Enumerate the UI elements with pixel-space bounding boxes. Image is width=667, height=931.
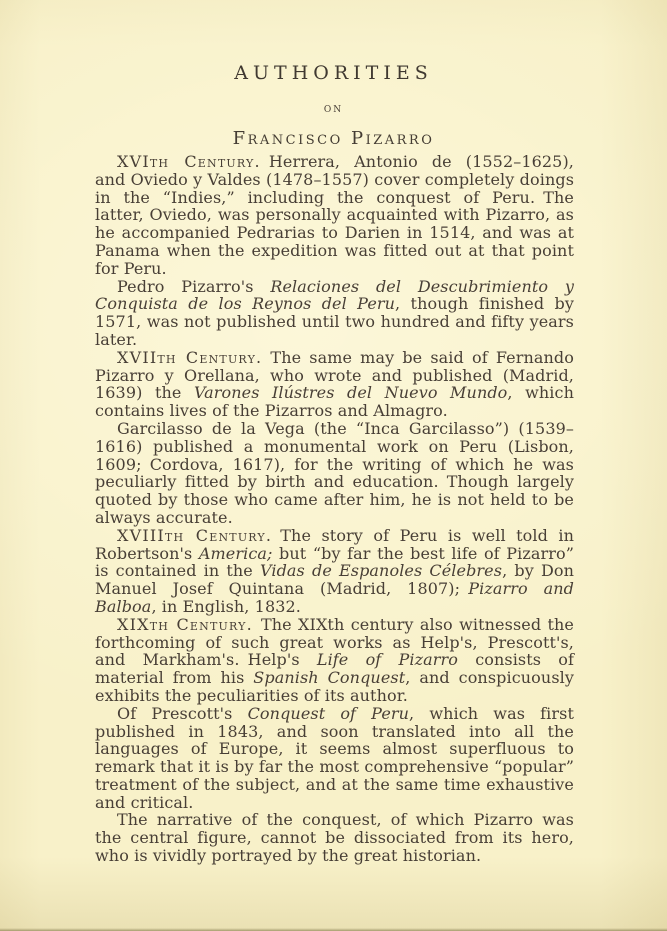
text-segment: XVIth Century. (117, 152, 261, 171)
text-segment: Of Prescott's (117, 704, 248, 723)
text-segment: XVIIth Century. (117, 348, 262, 367)
page-subtitle: on (0, 101, 667, 116)
text-segment: Varones Ilústres del Nuevo Mundo (194, 383, 507, 402)
text-segment: Vidas de Espanoles Célebres (260, 561, 502, 580)
paragraph: Garcilasso de la Vega (the “Inca Garcila… (95, 420, 574, 527)
page-body: XVIth Century. Herrera, Antonio de (1552… (95, 153, 574, 865)
book-page: AUTHORITIES on Francisco Pizarro XVIth C… (0, 0, 667, 931)
page-subject: Francisco Pizarro (0, 128, 667, 149)
text-segment: Conquest of Peru (248, 704, 409, 723)
paragraph: Pedro Pizarro's Relaciones del Descubrim… (95, 278, 574, 349)
text-segment: Pedro Pizarro's (117, 277, 270, 296)
paragraph: The narrative of the conquest, of which … (95, 811, 574, 864)
paragraph: Of Prescott's Conquest of Peru, which wa… (95, 705, 574, 812)
text-segment: The narrative of the conquest, of which … (95, 810, 574, 865)
text-segment: , in English, 1832. (151, 597, 301, 616)
paragraph: XIXth Century. The XIXth century also wi… (95, 616, 574, 705)
paragraph: XVIIIth Century. The story of Peru is we… (95, 527, 574, 616)
text-segment: Spanish Conquest (253, 668, 405, 687)
paragraph: XVIIth Century. The same may be said of … (95, 349, 574, 420)
text-segment: XIXth Century. (117, 615, 253, 634)
text-segment: America; (199, 544, 273, 563)
page-title: AUTHORITIES (0, 0, 667, 84)
text-segment: Herrera, Antonio de (1552–1625), and Ovi… (95, 152, 574, 278)
text-segment: Garcilasso de la Vega (the “Inca Garcila… (95, 419, 574, 527)
text-segment: Life of Pizarro (317, 650, 458, 669)
paragraph: XVIth Century. Herrera, Antonio de (1552… (95, 153, 574, 278)
text-segment: XVIIIth Century. (117, 526, 272, 545)
